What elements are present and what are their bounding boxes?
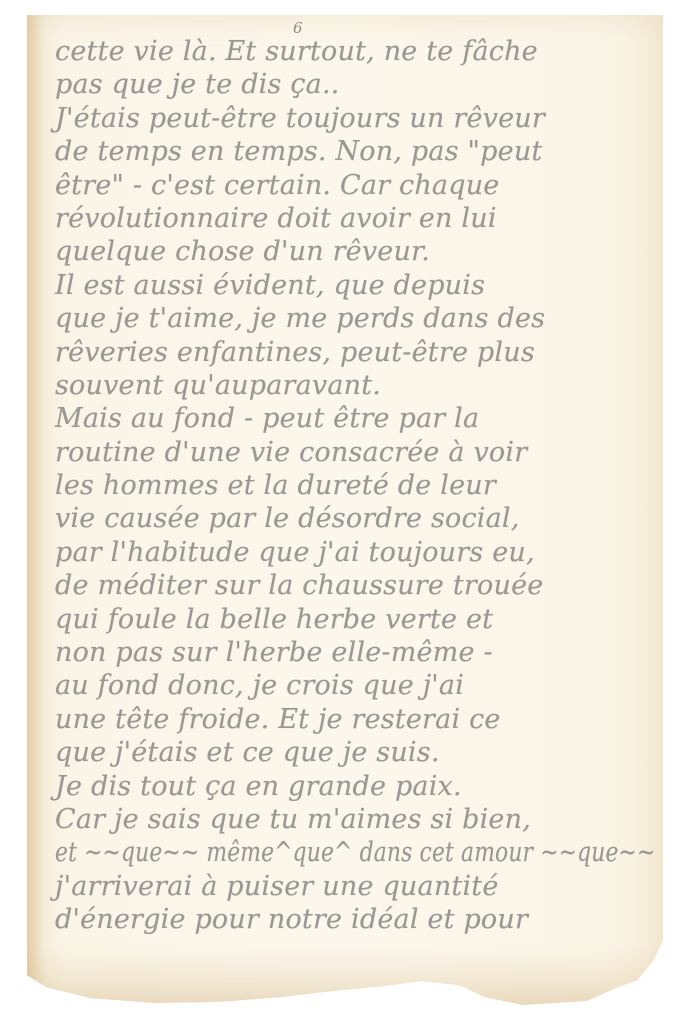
text-line: au fond donc, je crois que j'ai: [55, 669, 655, 702]
text-line: j'arriverai à puiser une quantité: [55, 870, 655, 903]
text-line: que j'étais et ce que je suis.: [55, 736, 655, 769]
text-line: souvent qu'auparavant.: [55, 369, 655, 402]
handwritten-text-body: cette vie là. Et surtout, ne te fâche pa…: [55, 35, 655, 937]
paper-stain: [27, 945, 663, 1005]
text-line: Je dis tout ça en grande paix.: [55, 770, 655, 803]
text-line: rêveries enfantines, peut-être plus: [55, 336, 655, 369]
text-line: vie causée par le désordre social,: [55, 502, 655, 535]
letter-page: 6 cette vie là. Et surtout, ne te fâche …: [27, 15, 663, 1005]
text-line: être" - c'est certain. Car chaque: [55, 169, 655, 202]
text-line: J'étais peut-être toujours un rêveur: [55, 102, 655, 135]
text-line: routine d'une vie consacrée à voir: [55, 436, 655, 469]
text-line: Car je sais que tu m'aimes si bien,: [55, 803, 655, 836]
text-line: que je t'aime, je me perds dans des: [55, 302, 655, 335]
text-line: par l'habitude que j'ai toujours eu,: [55, 536, 655, 569]
text-line: Il est aussi évident, que depuis: [55, 269, 655, 302]
text-line: quelque chose d'un rêveur.: [55, 235, 655, 268]
paper-fold-shadow: [27, 15, 45, 1005]
text-line: de méditer sur la chaussure trouée: [55, 569, 655, 602]
text-line: cette vie là. Et surtout, ne te fâche: [55, 35, 655, 68]
text-line: non pas sur l'herbe elle-même -: [55, 636, 655, 669]
text-line: les hommes et la dureté de leur: [55, 469, 655, 502]
text-line: qui foule la belle herbe verte et: [55, 603, 655, 636]
text-line: de temps en temps. Non, pas "peut: [55, 135, 655, 168]
text-line: Mais au fond - peut être par la: [55, 402, 655, 435]
text-line: d'énergie pour notre idéal et pour: [55, 903, 655, 936]
text-line: et ~~que~~ même^que^ dans cet amour ~~qu…: [55, 836, 540, 869]
text-line: pas que je te dis ça..: [55, 68, 655, 101]
text-line: révolutionnaire doit avoir en lui: [55, 202, 655, 235]
text-line: une tête froide. Et je resterai ce: [55, 703, 655, 736]
